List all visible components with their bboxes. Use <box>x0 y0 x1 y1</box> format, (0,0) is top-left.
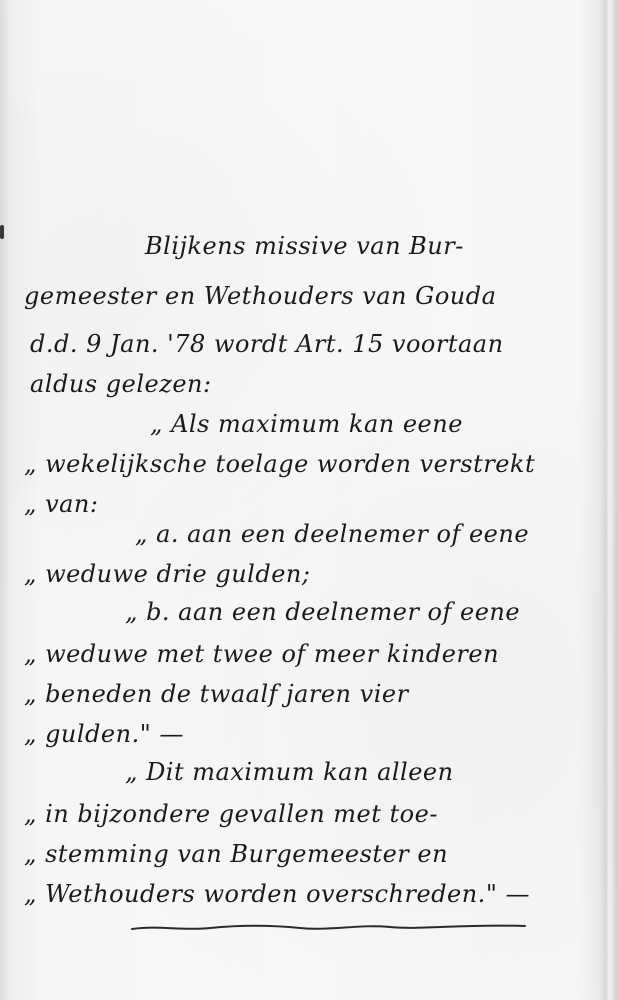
binding-mark <box>0 225 4 239</box>
text-line-4: aldus gelezen: <box>30 370 212 398</box>
text-line-3: d.d. 9 Jan. '78 wordt Art. 15 voortaan <box>30 330 504 358</box>
text-line-2: gemeester en Wethouders van Gouda <box>24 282 496 310</box>
text-line-6: „ wekelijksche toelage worden verstrekt <box>24 450 535 478</box>
text-line-10: „ b. aan een deelnemer of eene <box>125 598 520 626</box>
text-line-8: „ a. aan een deelnemer of eene <box>135 520 529 548</box>
text-line-7: „ van: <box>24 490 98 518</box>
text-line-12: „ beneden de twaalf jaren vier <box>24 680 409 708</box>
manuscript-page: Blijkens missive van Bur- gemeester en W… <box>0 0 617 1000</box>
text-line-16: „ stemming van Burgemeester en <box>24 840 448 868</box>
text-line-17: „ Wethouders worden overschreden." — <box>24 880 530 908</box>
text-line-15: „ in bijzondere gevallen met toe- <box>24 800 438 828</box>
text-line-11: „ weduwe met twee of meer kinderen <box>24 640 499 668</box>
text-line-1: Blijkens missive van Bur- <box>145 232 464 260</box>
text-line-13: „ gulden." — <box>24 720 184 748</box>
text-line-5: „ Als maximum kan eene <box>150 410 463 438</box>
text-line-14: „ Dit maximum kan alleen <box>125 758 454 786</box>
text-line-9: „ weduwe drie gulden; <box>24 560 310 588</box>
